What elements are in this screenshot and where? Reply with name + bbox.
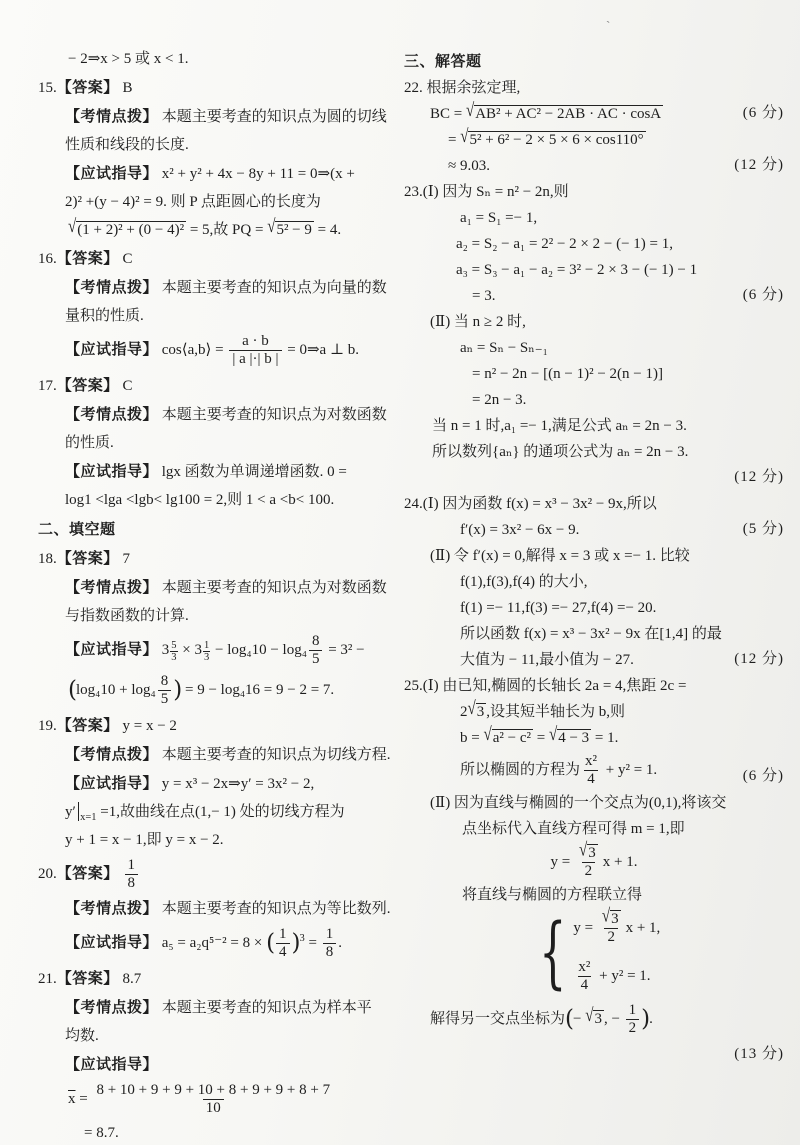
line-text: = 2n − 3.	[472, 392, 526, 408]
line-text: y′x=1 =1,故曲线在点(1,− 1) 处的切线方程为	[65, 804, 345, 820]
text-line: (12 分)	[404, 467, 784, 490]
radical: √AB² + AC² − 2AB · AC · cosA	[466, 106, 663, 122]
text-line: 2)² +(y − 4)² = 9. 则 P 点距圆心的长度为	[38, 191, 402, 214]
text-line: 所以函数 f(x) = x³ − 3x² − 9x 在[1,4] 的最	[404, 623, 784, 646]
bold-label: 【应试指导】	[65, 775, 158, 792]
bold-label: 【答案】	[57, 717, 119, 734]
line-text: a₂ = S₂ − a₁ = 2² − 2 × 2 − (− 1) = 1,	[456, 236, 673, 252]
bold-label: 【考情点拨】	[65, 579, 158, 596]
line-text: 21.【答案】 8.7	[38, 971, 141, 987]
line-text: 【应试指导】	[65, 1057, 158, 1073]
mean-overline: x	[68, 1091, 76, 1107]
text-line: 22. 根据余弦定理,	[404, 77, 784, 100]
line-text: 【考情点拨】 本题主要考查的知识点为等比数列.	[65, 901, 391, 917]
line-text: aₙ = Sₙ − Sₙ₋₁	[460, 340, 548, 356]
bold-label: 【考情点拨】	[65, 999, 158, 1016]
fraction: x²4	[582, 753, 600, 789]
line-text: 的性质.	[65, 435, 114, 451]
line-text: 【应试指导】 353 × 313 − log₄10 − log₄85 = 3² …	[65, 642, 365, 658]
line-text: BC = √AB² + AC² − 2AB · AC · cosA	[430, 106, 663, 122]
text-line: f(1),f(3),f(4) 的大小,	[404, 571, 784, 594]
text-line: 20.【答案】 18	[38, 857, 402, 893]
line-text: 20.【答案】 18	[38, 866, 140, 882]
bold-label: 【答案】	[57, 377, 119, 394]
line-text: 【考情点拨】 本题主要考查的知识点为圆的切线	[65, 109, 387, 125]
line-text: f(1),f(3),f(4) 的大小,	[460, 574, 587, 590]
line-text: 所以椭圆的方程为x²4 + y² = 1.	[460, 762, 657, 778]
text-line: − 2⇒x > 5 或 x < 1.	[38, 48, 402, 71]
text-line: 25.(Ⅰ) 由已知,椭圆的长轴长 2a = 4,焦距 2c =	[404, 675, 784, 698]
score-mark: (6 分)	[743, 765, 784, 788]
line-text: ≈ 9.03.	[448, 158, 490, 174]
bold-label: 【考情点拨】	[65, 279, 158, 296]
bold-label: 【答案】	[57, 970, 119, 987]
text-line: = n² − 2n − [(n − 1)² − 2(n − 1)]	[404, 363, 784, 386]
line-text: 【应试指导】 lgx 函数为单调递增函数. 0 =	[65, 464, 347, 480]
big-paren: )	[641, 1006, 649, 1032]
radical: √5² − 9	[267, 222, 314, 238]
fraction: √32	[599, 911, 624, 947]
line-text: f′(x) = 3x² − 6x − 9.	[460, 522, 579, 538]
line-text: 16.【答案】 C	[38, 251, 133, 267]
line-text: 18.【答案】 7	[38, 551, 130, 567]
line-text: 与指数函数的计算.	[65, 608, 189, 624]
evaluation-bar	[78, 802, 79, 821]
radical: √3	[602, 911, 621, 927]
text-line: f′(x) = 3x² − 6x − 9.(5 分)	[404, 519, 784, 542]
text-line: log1 <lga <lgb< lg100 = 2,则 1 < a <b< 10…	[38, 489, 402, 512]
text-line: 【应试指导】 x² + y² + 4x − 8y + 11 = 0⇒(x +	[38, 162, 402, 186]
text-line: (13 分)	[404, 1044, 784, 1067]
score-mark: (12 分)	[734, 154, 784, 177]
fraction: √32	[576, 845, 601, 881]
text-line: 点坐标代入直线方程可得 m = 1,即	[404, 818, 784, 841]
score-mark: (12 分)	[734, 648, 784, 671]
text-line: 的性质.	[38, 432, 402, 455]
text-line: 【应试指导】 a₅ = a₂q⁵⁻² = 8 × (14)3 = 18.	[38, 926, 402, 962]
radical: √3	[468, 704, 487, 720]
line-text: log1 <lga <lgb< lg100 = 2,则 1 < a <b< 10…	[65, 492, 334, 508]
text-line: 大值为 − 11,最小值为 − 27.(12 分)	[404, 649, 784, 672]
bold-label: 【考情点拨】	[65, 746, 158, 763]
line-text: 所以函数 f(x) = x³ − 3x² − 9x 在[1,4] 的最	[460, 626, 722, 642]
text-line: 与指数函数的计算.	[38, 605, 402, 628]
text-line: 所以椭圆的方程为x²4 + y² = 1.(6 分)	[404, 753, 784, 789]
radical: √4 − 3	[549, 730, 591, 746]
line-text: 【考情点拨】 本题主要考查的知识点为向量的数	[65, 280, 387, 296]
bold-label: 【答案】	[57, 250, 119, 267]
left-column: − 2⇒x > 5 或 x < 1.15.【答案】 B【考情点拨】 本题主要考查…	[38, 48, 402, 1145]
big-paren: (	[68, 677, 76, 703]
line-text: 三、解答题	[404, 54, 482, 70]
radical: √3	[585, 1011, 604, 1027]
text-line: 18.【答案】 7	[38, 547, 402, 571]
system-brace: {	[539, 916, 566, 990]
equation-system: {y = √32x + 1,x²4 + y² = 1.	[528, 911, 661, 994]
text-line: b = √a² − c² = √4 − 3 = 1.	[404, 727, 784, 750]
bold-label: 【应试指导】	[65, 934, 158, 951]
fraction: a · b| a |·| b |	[229, 333, 281, 369]
bold-label: 【应试指导】	[65, 165, 158, 182]
bold-label: 【答案】	[57, 79, 119, 96]
bold-label: 【应试指导】	[65, 641, 158, 658]
bold-label: 【答案】	[57, 865, 119, 882]
score-mark: (13 分)	[734, 1043, 784, 1066]
fraction: 18	[125, 857, 139, 893]
line-text: − 2⇒x > 5 或 x < 1.	[68, 51, 188, 67]
text-line: y = √32x + 1.	[404, 845, 784, 881]
line-text: x = 8 + 10 + 9 + 9 + 10 + 8 + 9 + 9 + 8 …	[68, 1091, 335, 1107]
bold-label: 二、填空题	[38, 521, 116, 538]
score-mark: (5 分)	[743, 518, 784, 541]
line-text: 所以数列{aₙ} 的通项公式为 aₙ = 2n − 3.	[432, 444, 688, 460]
line-text: (Ⅱ) 因为直线与椭圆的一个交点为(0,1),将该交	[430, 795, 726, 811]
line-text: a₁ = S₁ =− 1,	[460, 210, 537, 226]
fraction: 8 + 10 + 9 + 9 + 10 + 8 + 9 + 9 + 8 + 71…	[93, 1082, 333, 1118]
line-text: 【应试指导】 y = x³ − 2x⇒y′ = 3x² − 2,	[65, 776, 314, 792]
line-text: 【应试指导】 a₅ = a₂q⁵⁻² = 8 × (14)3 = 18.	[65, 935, 342, 951]
score-mark: (12 分)	[734, 466, 784, 489]
text-line: 均数.	[38, 1025, 402, 1048]
bold-label: 【应试指导】	[65, 341, 158, 358]
text-line: = 3.(6 分)	[404, 285, 784, 308]
text-line: (Ⅱ) 令 f′(x) = 0,解得 x = 3 或 x =− 1. 比较	[404, 545, 784, 568]
text-line: 【考情点拨】 本题主要考查的知识点为等比数列.	[38, 897, 402, 921]
scanned-answer-page: ` − 2⇒x > 5 或 x < 1.15.【答案】 B【考情点拨】 本题主要…	[0, 0, 800, 1145]
line-text: 2√3,设其短半轴长为 b,则	[460, 704, 625, 720]
line-text: 【应试指导】 x² + y² + 4x − 8y + 11 = 0⇒(x +	[65, 166, 355, 182]
fraction: 85	[158, 673, 172, 709]
text-line: 三、解答题	[404, 50, 784, 74]
text-line: a₂ = S₂ − a₁ = 2² − 2 × 2 − (− 1) = 1,	[404, 233, 784, 256]
text-line: {y = √32x + 1,x²4 + y² = 1.	[404, 911, 784, 994]
text-line: 【考情点拨】 本题主要考查的知识点为向量的数	[38, 276, 402, 300]
text-line: aₙ = Sₙ − Sₙ₋₁	[404, 337, 784, 360]
big-paren: )	[173, 677, 181, 703]
text-line: 当 n = 1 时,a₁ =− 1,满足公式 aₙ = 2n − 3.	[404, 415, 784, 438]
text-line: 2√3,设其短半轴长为 b,则	[404, 701, 784, 724]
line-text: b = √a² − c² = √4 − 3 = 1.	[460, 730, 618, 746]
text-line: y′x=1 =1,故曲线在点(1,− 1) 处的切线方程为	[38, 801, 402, 824]
score-mark: (6 分)	[743, 284, 784, 307]
fraction: 12	[626, 1002, 640, 1038]
line-text: 量积的性质.	[65, 308, 144, 324]
fraction: 14	[276, 926, 290, 962]
text-line: f(1) =− 11,f(3) =− 27,f(4) =− 20.	[404, 597, 784, 620]
bold-label: 三、解答题	[404, 53, 482, 70]
line-text: 15.【答案】 B	[38, 80, 133, 96]
line-text: (Ⅱ) 令 f′(x) = 0,解得 x = 3 或 x =− 1. 比较	[430, 548, 690, 564]
text-line: a₃ = S₃ − a₁ − a₂ = 3² − 2 × 3 − (− 1) −…	[404, 259, 784, 282]
text-line: 【考情点拨】 本题主要考查的知识点为对数函数	[38, 576, 402, 600]
line-text: = √5² + 6² − 2 × 5 × 6 × cos110°	[448, 132, 646, 148]
bold-label: 【应试指导】	[65, 463, 158, 480]
radical: √(1 + 2)² + (0 − 4)²	[68, 222, 186, 238]
line-text: 23.(Ⅰ) 因为 Sₙ = n² − 2n,则	[404, 184, 569, 200]
line-text: 当 n = 1 时,a₁ =− 1,满足公式 aₙ = 2n − 3.	[432, 418, 687, 434]
line-text: 22. 根据余弦定理,	[404, 80, 520, 96]
text-line: √(1 + 2)² + (0 − 4)² = 5,故 PQ = √5² − 9 …	[38, 219, 402, 242]
text-line: 23.(Ⅰ) 因为 Sₙ = n² − 2n,则	[404, 181, 784, 204]
score-mark: (6 分)	[743, 102, 784, 125]
text-line: ≈ 9.03.(12 分)	[404, 155, 784, 178]
text-line: 【考情点拨】 本题主要考查的知识点为圆的切线	[38, 105, 402, 129]
text-line: 所以数列{aₙ} 的通项公式为 aₙ = 2n − 3.	[404, 441, 784, 464]
radical: √a² − c²	[483, 730, 533, 746]
text-line: = 2n − 3.	[404, 389, 784, 412]
fraction: x²4	[575, 959, 593, 995]
line-text: 【考情点拨】 本题主要考查的知识点为对数函数	[65, 407, 387, 423]
text-line: 【应试指导】 353 × 313 − log₄10 − log₄85 = 3² …	[38, 633, 402, 669]
text-line: 量积的性质.	[38, 305, 402, 328]
fraction: 53	[170, 640, 177, 663]
fraction: 85	[309, 633, 323, 669]
text-line: 16.【答案】 C	[38, 247, 402, 271]
big-paren: (	[565, 1006, 573, 1032]
line-text: 将直线与椭圆的方程联立得	[462, 887, 642, 903]
right-column: 三、解答题22. 根据余弦定理,BC = √AB² + AC² − 2AB · …	[404, 50, 784, 1070]
line-text: y = √32x + 1.	[551, 854, 638, 870]
line-text: 【应试指导】 cos⟨a,b⟩ = a · b| a |·| b | = 0⇒a…	[65, 342, 359, 358]
text-line: (log₄10 + log₄85) = 9 − log₄16 = 9 − 2 =…	[38, 673, 402, 709]
text-line: 21.【答案】 8.7	[38, 967, 402, 991]
radical: √5² + 6² − 2 × 5 × 6 × cos110°	[460, 132, 645, 148]
text-line: 17.【答案】 C	[38, 374, 402, 398]
text-line: = √5² + 6² − 2 × 5 × 6 × cos110°	[404, 129, 784, 152]
line-text: 性质和线段的长度.	[65, 137, 189, 153]
bold-label: 【答案】	[57, 550, 119, 567]
text-line: 解得另一交点坐标为(− √3, − 12).	[404, 1002, 784, 1038]
line-text: 二、填空题	[38, 522, 116, 538]
text-line: = 8.7.	[38, 1122, 402, 1145]
line-text: 解得另一交点坐标为(− √3, − 12).	[430, 1011, 653, 1027]
text-line: 【考情点拨】 本题主要考查的知识点为对数函数	[38, 403, 402, 427]
line-text: {y = √32x + 1,x²4 + y² = 1.	[528, 967, 661, 983]
bold-label: 【考情点拨】	[65, 900, 158, 917]
text-line: 性质和线段的长度.	[38, 134, 402, 157]
line-text: = 3.	[472, 288, 495, 304]
line-text: 24.(Ⅰ) 因为函数 f(x) = x³ − 3x² − 9x,所以	[404, 496, 657, 512]
line-text: 25.(Ⅰ) 由已知,椭圆的长轴长 2a = 4,焦距 2c =	[404, 678, 686, 694]
fraction: 18	[323, 926, 337, 962]
text-line: x = 8 + 10 + 9 + 9 + 10 + 8 + 9 + 9 + 8 …	[38, 1082, 402, 1118]
line-text: = 8.7.	[84, 1125, 119, 1141]
text-line: 【考情点拨】 本题主要考查的知识点为样本平	[38, 996, 402, 1020]
big-paren: )	[292, 930, 300, 956]
line-text: √(1 + 2)² + (0 − 4)² = 5,故 PQ = √5² − 9 …	[68, 222, 341, 238]
text-line: 【应试指导】	[38, 1053, 402, 1077]
line-text: f(1) =− 11,f(3) =− 27,f(4) =− 20.	[460, 600, 656, 616]
text-line: 【应试指导】 cos⟨a,b⟩ = a · b| a |·| b | = 0⇒a…	[38, 333, 402, 369]
text-line: 【考情点拨】 本题主要考查的知识点为切线方程.	[38, 743, 402, 767]
line-text: (log₄10 + log₄85) = 9 − log₄16 = 9 − 2 =…	[68, 682, 334, 698]
bold-label: 【应试指导】	[65, 1056, 158, 1073]
scan-speck: `	[606, 18, 610, 34]
text-line: 15.【答案】 B	[38, 76, 402, 100]
text-line: 19.【答案】 y = x − 2	[38, 714, 402, 738]
bold-label: 【考情点拨】	[65, 406, 158, 423]
line-text: 点坐标代入直线方程可得 m = 1,即	[462, 821, 685, 837]
line-text: 【考情点拨】 本题主要考查的知识点为样本平	[65, 1000, 372, 1016]
line-text: = n² − 2n − [(n − 1)² − 2(n − 1)]	[472, 366, 663, 382]
text-line: a₁ = S₁ =− 1,	[404, 207, 784, 230]
line-text: 【考情点拨】 本题主要考查的知识点为切线方程.	[65, 747, 391, 763]
line-text: 19.【答案】 y = x − 2	[38, 718, 177, 734]
fraction: 13	[203, 640, 210, 663]
bold-label: 【考情点拨】	[65, 108, 158, 125]
text-line: 【应试指导】 lgx 函数为单调递增函数. 0 =	[38, 460, 402, 484]
line-text: 2)² +(y − 4)² = 9. 则 P 点距圆心的长度为	[65, 194, 321, 210]
text-line: 二、填空题	[38, 518, 402, 542]
text-line: 【应试指导】 y = x³ − 2x⇒y′ = 3x² − 2,	[38, 772, 402, 796]
text-line: (Ⅱ) 当 n ≥ 2 时,	[404, 311, 784, 334]
line-text: 17.【答案】 C	[38, 378, 133, 394]
big-paren: (	[266, 930, 274, 956]
radical: √3	[579, 845, 598, 861]
text-line: 24.(Ⅰ) 因为函数 f(x) = x³ − 3x² − 9x,所以	[404, 493, 784, 516]
line-text: (Ⅱ) 当 n ≥ 2 时,	[430, 314, 526, 330]
line-text: 均数.	[65, 1028, 99, 1044]
line-text: y + 1 = x − 1,即 y = x − 2.	[65, 832, 224, 848]
text-line: (Ⅱ) 因为直线与椭圆的一个交点为(0,1),将该交	[404, 792, 784, 815]
line-text: 大值为 − 11,最小值为 − 27.	[460, 652, 634, 668]
text-line: 将直线与椭圆的方程联立得	[404, 884, 784, 907]
line-text: 【考情点拨】 本题主要考查的知识点为对数函数	[65, 580, 387, 596]
line-text: a₃ = S₃ − a₁ − a₂ = 3² − 2 × 3 − (− 1) −…	[456, 262, 697, 278]
text-line: y + 1 = x − 1,即 y = x − 2.	[38, 829, 402, 852]
